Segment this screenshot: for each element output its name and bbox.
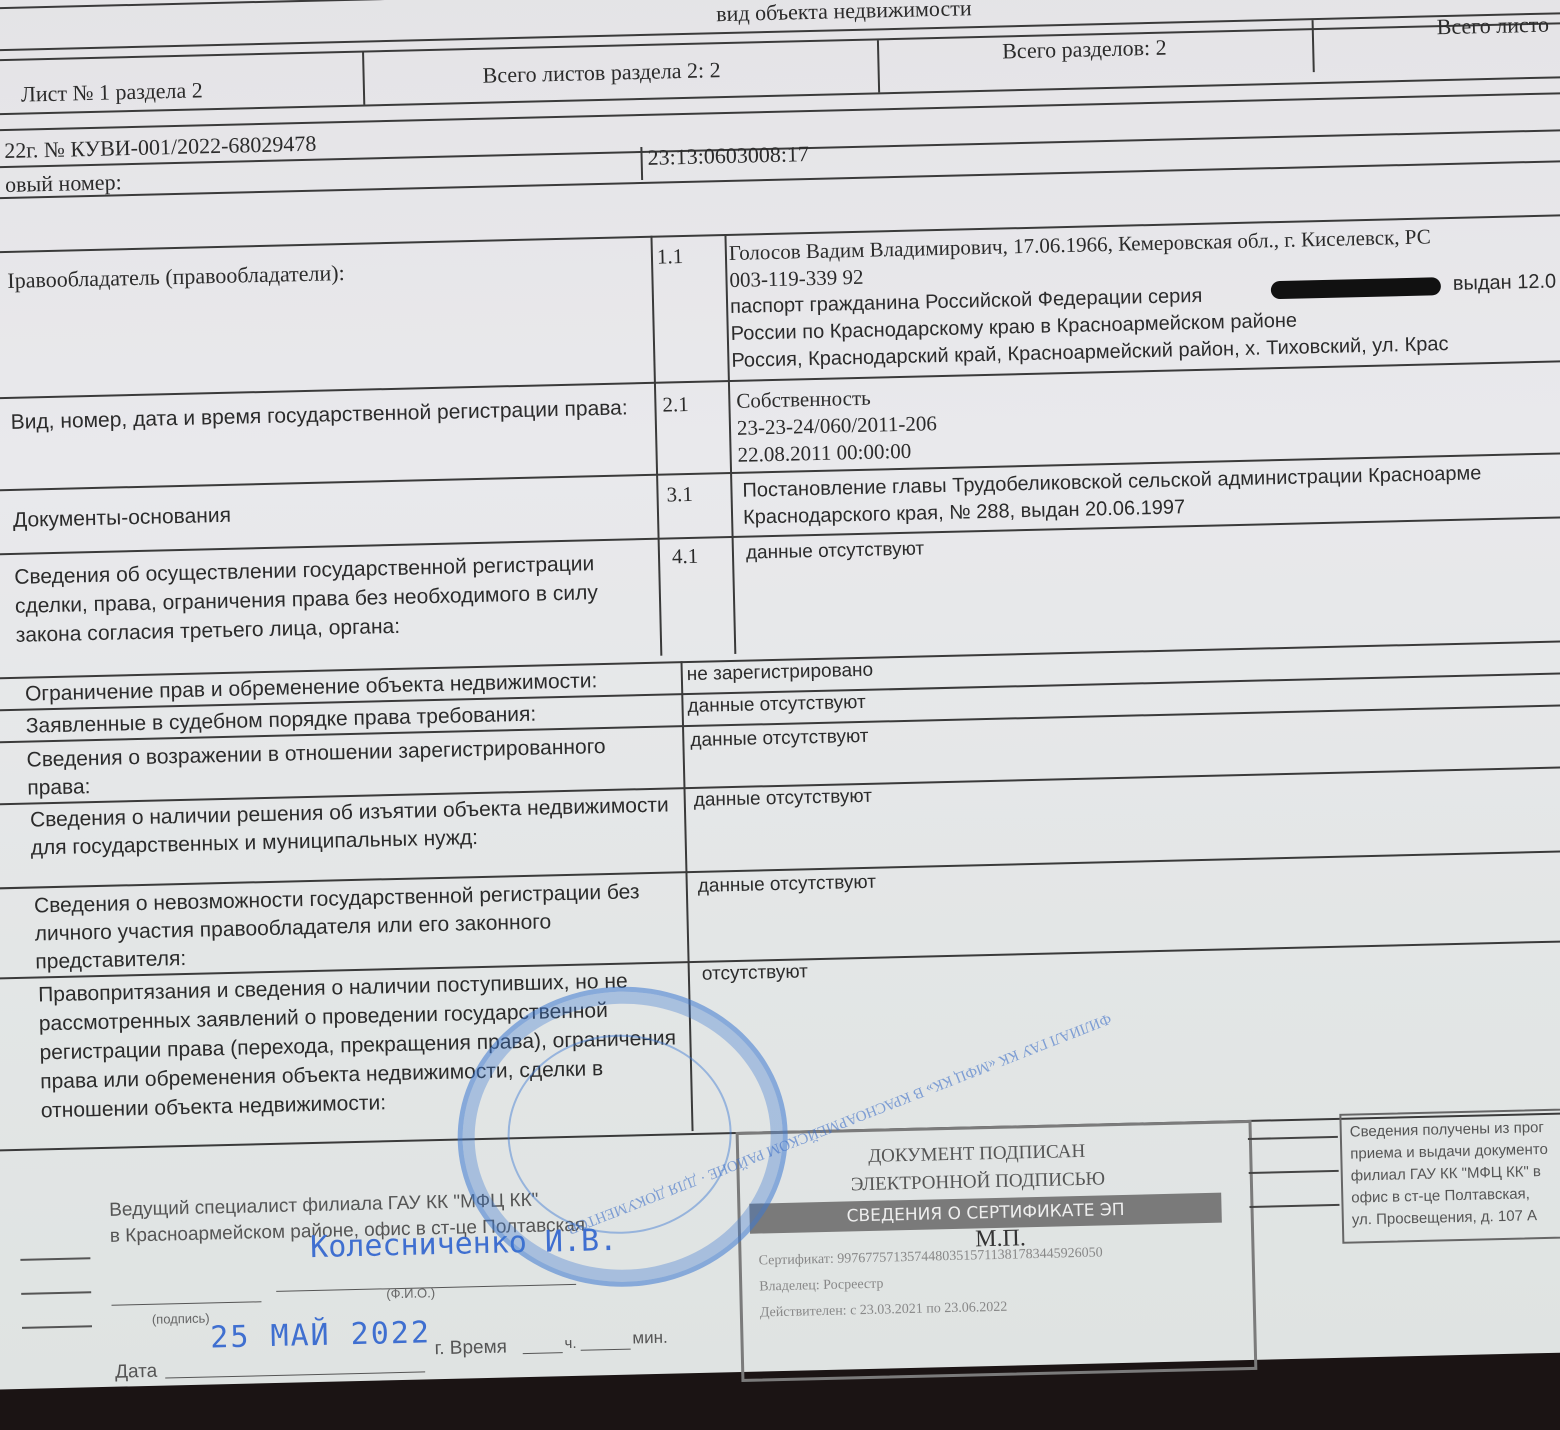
date-stamp: 25 МАЙ 2022 <box>210 1319 431 1351</box>
row-label-rightholder: Iравообладатель (правообладатели): <box>7 252 637 295</box>
sheets-total: Всего листо <box>1436 11 1549 42</box>
object-type-caption: вид объекта недвижимости <box>716 0 972 28</box>
rule <box>1249 1204 1339 1208</box>
hours-line <box>523 1352 563 1354</box>
rightholder-snils: 003-119-339 92 <box>729 264 864 294</box>
rule <box>1248 1136 1338 1140</box>
row-label-documents: Документы-основания <box>13 502 232 535</box>
rule <box>21 1291 91 1295</box>
col-divider <box>650 236 662 656</box>
right-type: Собственность <box>736 385 871 415</box>
personal-participation-value: данные отсутствуют <box>697 869 876 900</box>
minutes-line <box>581 1349 631 1351</box>
e-signature-title1: ДОКУМЕНТ ПОДПИСАН <box>868 1138 1086 1170</box>
minutes-label: мин. <box>632 1324 668 1352</box>
sections-total: Всего разделов: 2 <box>1002 34 1167 66</box>
row-label-transaction-registration: Сведения об осуществлении государственно… <box>14 548 646 650</box>
rule <box>20 1257 90 1261</box>
cadastral-number: 23:13:0603008:17 <box>647 140 809 172</box>
passport-issued: выдан 12.0 <box>1453 268 1557 297</box>
row-num: 3.1 <box>666 481 693 509</box>
rightholder-name: Голосов Вадим Владимирович, 17.06.1966, … <box>729 223 1431 267</box>
divider <box>362 53 365 105</box>
fio-caption: (Ф.И.О.) <box>386 1279 435 1307</box>
registry-extract-page: Земельный участок вид объекта недвижимос… <box>0 0 1560 1390</box>
sheets-in-section: Всего листов раздела 2: 2 <box>482 56 721 90</box>
rule <box>1249 1170 1339 1174</box>
objections-value: данные отсутствуют <box>690 723 869 754</box>
signature-caption: (подпись) <box>152 1304 210 1332</box>
rule <box>0 21 1560 62</box>
redaction-mark <box>1271 277 1441 299</box>
time-label: г. Время <box>434 1334 507 1363</box>
rule <box>22 1325 92 1329</box>
encumbrance-value: не зарегистрировано <box>686 657 873 688</box>
seizure-value: данные отсутствуют <box>693 783 872 814</box>
pending-claims-value: отсутствуют <box>702 958 809 987</box>
registration-date: 22.08.2011 00:00:00 <box>737 438 911 469</box>
row-num: 1.1 <box>657 243 684 271</box>
row-label-personal-participation: Сведения о невозможности государственной… <box>34 877 696 977</box>
court-claims-value: данные отсутствуют <box>687 689 866 720</box>
sheet-number: Лист № 1 раздела 2 <box>21 76 203 108</box>
row-label-registration: Вид, номер, дата и время государственной… <box>10 394 650 437</box>
row-label-objections: Сведения о возражении в отношении зареги… <box>26 732 667 803</box>
hours-label: ч. <box>564 1330 577 1357</box>
date-label: Дата <box>115 1358 158 1386</box>
rule <box>0 91 1560 132</box>
row-num: 4.1 <box>672 543 699 571</box>
source-line5: ул. Просвещения, д. 107 А <box>1352 1205 1538 1231</box>
transaction-value: данные отсутствуют <box>746 535 925 566</box>
divider <box>877 40 880 92</box>
date-line <box>165 1371 425 1378</box>
row-num: 2.1 <box>662 391 689 419</box>
